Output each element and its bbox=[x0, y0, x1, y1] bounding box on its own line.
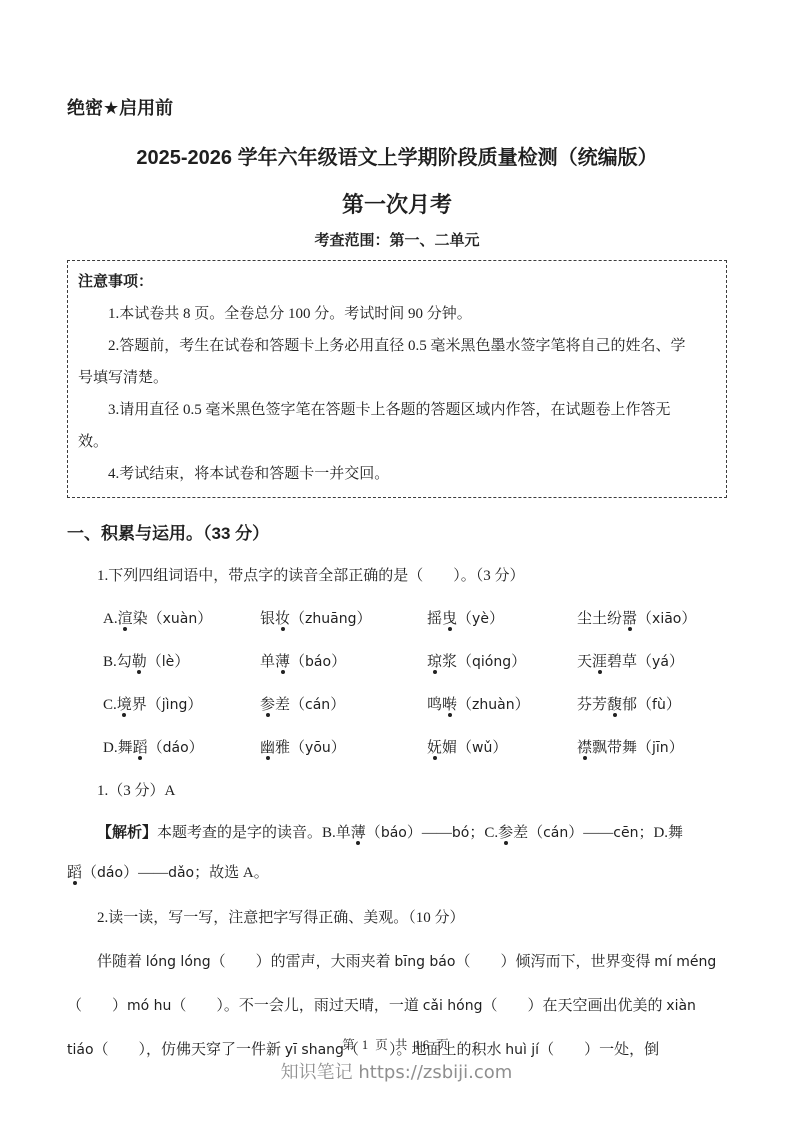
option-row-c: C.境界（jìng） 参差（cán） 鸣啭（zhuàn） 芬芳馥郁（fù） bbox=[67, 684, 727, 727]
emphasis-dot-char: 境 bbox=[117, 697, 132, 713]
pinyin-text: yōu bbox=[305, 740, 331, 756]
emphasis-dot-char: 参 bbox=[498, 825, 513, 841]
question-1-analysis-line: 【解析】本题考查的是字的读音。B.单薄（báo）——bó；C.参差（cán）——… bbox=[67, 813, 727, 853]
notice-text-line: 效。 bbox=[78, 426, 716, 458]
option-cell: B.勾勒（lè） bbox=[103, 641, 260, 684]
pinyin-text: mí méng bbox=[654, 954, 716, 970]
option-cell: 琼浆（qióng） bbox=[427, 641, 577, 684]
pinyin-text: yá bbox=[652, 654, 669, 670]
option-cell: 摇曳（yè） bbox=[427, 598, 577, 641]
pinyin-text: jīn bbox=[652, 740, 669, 756]
pinyin-text: dǎo bbox=[168, 865, 194, 881]
option-cell: 参差（cán） bbox=[260, 684, 427, 727]
notice-item-1: 1.本试卷共 8 页。全卷总分 100 分。考试时间 90 分钟。 bbox=[78, 298, 716, 330]
option-cell: 妩媚（wǔ） bbox=[427, 727, 577, 770]
emphasis-dot-char: 妩 bbox=[427, 740, 442, 756]
exam-paper-page: 绝密★启用前 2025-2026 学年六年级语文上学期阶段质量检测（统编版） 第… bbox=[0, 0, 793, 1122]
option-cell: 天涯碧草（yá） bbox=[577, 641, 684, 684]
option-row-d: D.舞蹈（dáo） 幽雅（yōu） 妩媚（wǔ） 襟飘带舞（jīn） bbox=[67, 727, 727, 770]
option-cell: A.渲染（xuàn） bbox=[103, 598, 260, 641]
emphasis-dot-char: 蹈 bbox=[133, 740, 148, 756]
pinyin-text: cán bbox=[305, 697, 330, 713]
pinyin-text: dáo bbox=[97, 865, 123, 881]
option-cell: 银妆（zhuāng） bbox=[260, 598, 427, 641]
emphasis-dot-char: 幽 bbox=[260, 740, 275, 756]
option-cell: D.舞蹈（dáo） bbox=[103, 727, 260, 770]
notice-item-2: 2.答题前，考生在试卷和答题卡上务必用直径 0.5 毫米黑色墨水签字笔将自己的姓… bbox=[78, 330, 716, 394]
emphasis-dot-char: 蹈 bbox=[67, 865, 82, 881]
emphasis-dot-char: 嚣 bbox=[622, 611, 637, 627]
pinyin-text: zhuàn bbox=[472, 697, 515, 713]
pinyin-text: lóng lóng bbox=[146, 954, 211, 970]
option-cell: 尘土纷嚣（xiāo） bbox=[577, 598, 696, 641]
section-heading: 一、积累与运用。（33 分） bbox=[67, 512, 727, 555]
emphasis-dot-char: 琼 bbox=[427, 654, 442, 670]
pinyin-text: jìng bbox=[162, 697, 188, 713]
option-cell: 鸣啭（zhuàn） bbox=[427, 684, 577, 727]
pinyin-text: bīng báo bbox=[394, 954, 455, 970]
pinyin-text: cēn bbox=[613, 825, 638, 841]
pinyin-text: cǎi hóng bbox=[423, 998, 483, 1014]
notice-text-line: 3.请用直径 0.5 毫米黑色签字笔在答题卡上各题的答题区域内作答，在试题卷上作… bbox=[78, 394, 716, 426]
pinyin-text: cán bbox=[543, 825, 568, 841]
emphasis-dot-char: 参 bbox=[260, 697, 275, 713]
notice-text-line: 1.本试卷共 8 页。全卷总分 100 分。考试时间 90 分钟。 bbox=[78, 298, 716, 330]
emphasis-dot-char: 涯 bbox=[592, 654, 607, 670]
emphasis-dot-char: 薄 bbox=[275, 654, 290, 670]
pinyin-text: xiāo bbox=[652, 611, 681, 627]
question-1-analysis-line: 蹈（dáo）——dǎo；故选 A。 bbox=[67, 853, 727, 893]
emphasis-dot-char: 馥 bbox=[607, 697, 622, 713]
exam-title: 2025-2026 学年六年级语文上学期阶段质量检测（统编版） bbox=[67, 144, 727, 172]
pinyin-text: wǔ bbox=[472, 740, 492, 756]
option-cell: 单薄（báo） bbox=[260, 641, 427, 684]
pinyin-text: zhuāng bbox=[305, 611, 356, 627]
emphasis-dot-char: 妆 bbox=[275, 611, 290, 627]
watermark-site-link: 知识笔记 https://zsbiji.com bbox=[0, 1060, 793, 1086]
option-cell: 幽雅（yōu） bbox=[260, 727, 427, 770]
option-cell: C.境界（jìng） bbox=[103, 684, 260, 727]
pinyin-text: báo bbox=[381, 825, 407, 841]
emphasis-dot-char: 渲 bbox=[118, 611, 133, 627]
option-row-a: A.渲染（xuàn） 银妆（zhuāng） 摇曳（yè） 尘土纷嚣（xiāo） bbox=[67, 598, 727, 641]
pinyin-text: xiàn bbox=[666, 998, 696, 1014]
option-row-b: B.勾勒（lè） 单薄（báo） 琼浆（qióng） 天涯碧草（yá） bbox=[67, 641, 727, 684]
pinyin-text: fù bbox=[652, 697, 666, 713]
secrecy-label: 绝密★启用前 bbox=[67, 96, 727, 120]
pinyin-text: yè bbox=[472, 611, 489, 627]
emphasis-dot-char: 啭 bbox=[442, 697, 457, 713]
exam-subtitle: 第一次月考 bbox=[67, 190, 727, 220]
exam-scope: 考查范围：第一、二单元 bbox=[67, 230, 727, 252]
question-1-stem: 1.下列四组词语中，带点字的读音全部正确的是（ ）。（3 分） bbox=[67, 555, 727, 598]
notice-box: 注意事项： 1.本试卷共 8 页。全卷总分 100 分。考试时间 90 分钟。 … bbox=[67, 260, 727, 498]
notice-text-line: 2.答题前，考生在试卷和答题卡上务必用直径 0.5 毫米黑色墨水签字笔将自己的姓… bbox=[78, 330, 716, 362]
notice-title: 注意事项： bbox=[78, 266, 716, 298]
emphasis-dot-char: 曳 bbox=[442, 611, 457, 627]
emphasis-dot-char: 襟 bbox=[577, 740, 592, 756]
question-2-stem: 2.读一读，写一写，注意把字写得正确、美观。（10 分） bbox=[67, 897, 727, 940]
question-1-answer: 1.（3 分）A bbox=[67, 770, 727, 813]
pinyin-text: lè bbox=[162, 654, 175, 670]
notice-item-4: 4.考试结束，将本试卷和答题卡一并交回。 bbox=[78, 458, 716, 490]
page-indicator: 第 1 页 共 16 页 bbox=[0, 1036, 793, 1054]
emphasis-dot-char: 勒 bbox=[132, 654, 147, 670]
option-cell: 襟飘带舞（jīn） bbox=[577, 727, 684, 770]
pinyin-text: dáo bbox=[163, 740, 189, 756]
pinyin-text: báo bbox=[305, 654, 331, 670]
question-2-passage-line: （ ）mó hu（ ）。不一会儿，雨过天晴，一道 cǎi hóng（ ）在天空画… bbox=[67, 984, 727, 1028]
notice-item-3: 3.请用直径 0.5 毫米黑色签字笔在答题卡上各题的答题区域内作答，在试题卷上作… bbox=[78, 394, 716, 458]
pinyin-text: mó hu bbox=[127, 998, 171, 1014]
notice-text-line: 号填写清楚。 bbox=[78, 362, 716, 394]
pinyin-text: qióng bbox=[472, 654, 511, 670]
notice-text-line: 4.考试结束，将本试卷和答题卡一并交回。 bbox=[78, 458, 716, 490]
pinyin-text: bó bbox=[452, 825, 469, 841]
option-cell: 芬芳馥郁（fù） bbox=[577, 684, 681, 727]
question-2-passage-line: 伴随着 lóng lóng（ ）的雷声，大雨夹着 bīng báo（ ）倾泻而下… bbox=[67, 940, 727, 984]
pinyin-text: xuàn bbox=[163, 611, 198, 627]
emphasis-dot-char: 薄 bbox=[351, 825, 366, 841]
